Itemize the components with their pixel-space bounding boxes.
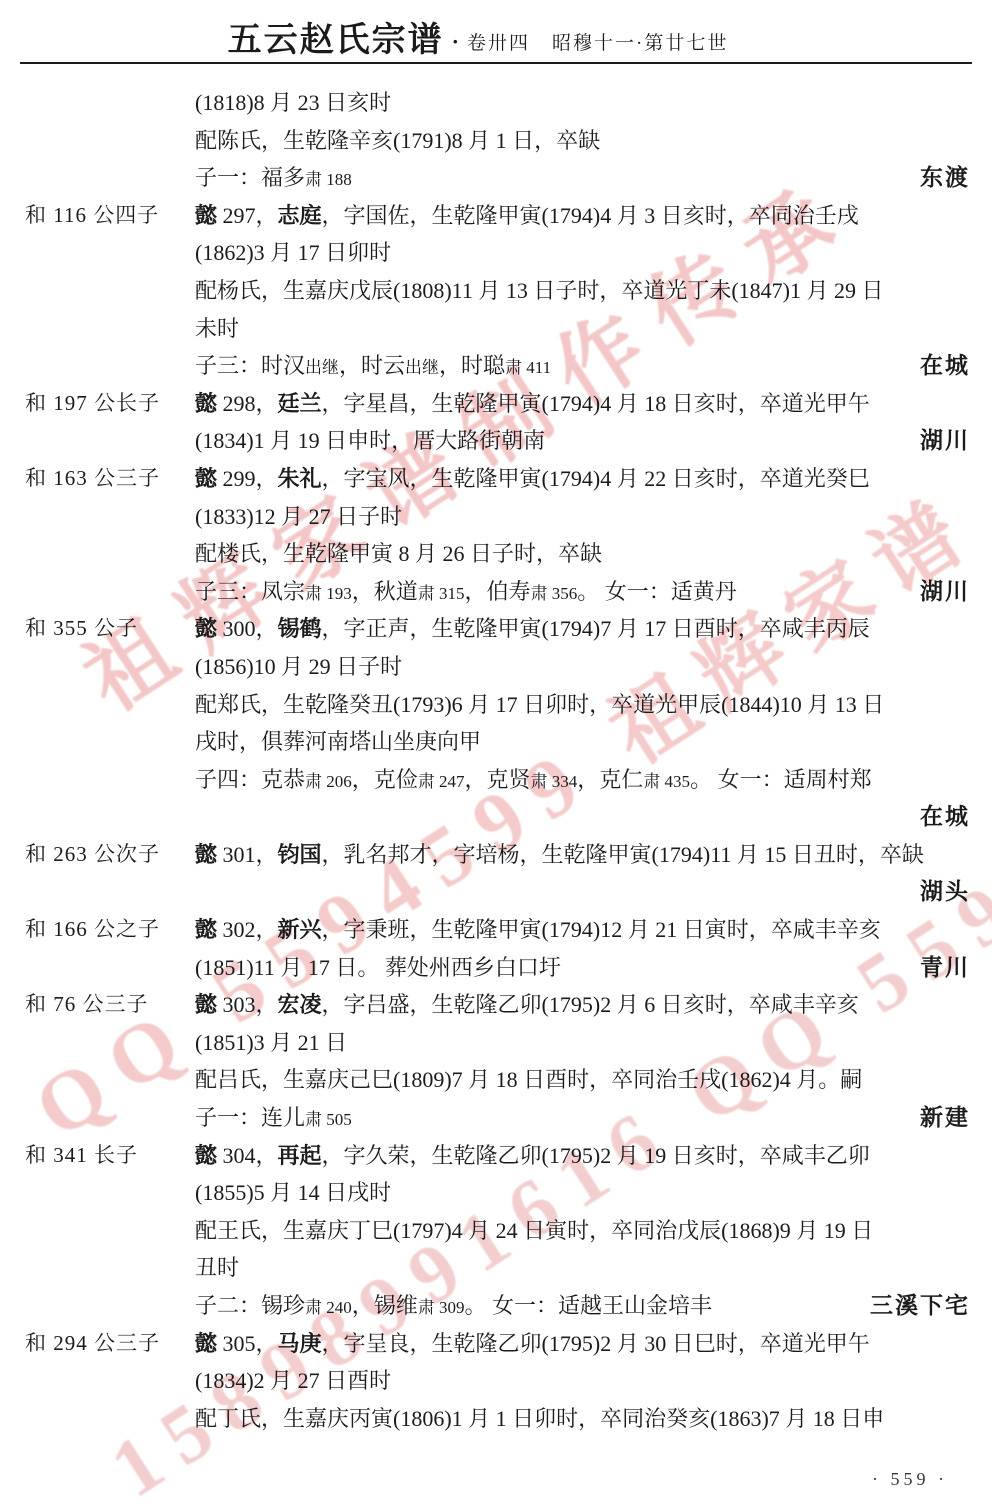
text-segment: 子四：克恭	[195, 767, 305, 792]
text-segment: 304，	[217, 1143, 278, 1168]
entry-text: 配陈氏，生乾隆辛亥(1791)8 月 1 日，卒缺	[195, 122, 600, 160]
entry-text: 懿 299，朱礼，字宝风，生乾隆甲寅(1794)4 月 22 日亥时，卒道光癸巳	[195, 460, 870, 498]
entry-row: 子四：克恭肃 206，克俭肃 247，克贤肃 334，克仁肃 435。 女一：适…	[0, 761, 992, 799]
text-segment: ，字国佐，生乾隆甲寅(1794)4 月 3 日亥时，卒同治壬戌	[322, 203, 859, 228]
text-segment: 出继	[305, 358, 339, 377]
entry-text: (1851)11 月 17 日。 葬处州西乡白口圩	[195, 949, 561, 987]
entry-text: 配丁氏，生嘉庆丙寅(1806)1 月 1 日卯时，卒同治癸亥(1863)7 月 …	[195, 1400, 884, 1438]
text-segment: ，时云	[339, 353, 405, 378]
entry-text: (1834)1 月 19 日申时，厝大路街朝南	[195, 422, 545, 460]
header-rule	[20, 62, 972, 64]
text-segment: 肃 188	[305, 170, 352, 189]
residence-label: 湖头	[920, 873, 970, 911]
entry-row: 在城	[0, 798, 992, 836]
text-segment: ，时聪	[439, 353, 505, 378]
entry-row: (1862)3 月 17 日卯时	[0, 234, 992, 272]
entry-text: 配楼氏，生乾隆甲寅 8 月 26 日子时，卒缺	[195, 535, 602, 573]
text-segment: 懿	[195, 1143, 217, 1168]
generation-label: 和 163 公三子	[25, 460, 160, 498]
text-segment: 懿	[195, 842, 217, 867]
text-segment: 子二：锡珍	[195, 1293, 305, 1318]
residence-label: 三溪下宅	[870, 1287, 970, 1325]
text-segment: (1851)11 月 17 日。 葬处州西乡白口圩	[195, 955, 561, 980]
text-segment: 298，	[217, 391, 278, 416]
entry-row: 子三：时汉出继，时云出继，时聪肃 411在城	[0, 347, 992, 385]
residence-label: 青川	[920, 949, 970, 987]
text-segment: ，锡维	[352, 1293, 418, 1318]
entry-row: (1855)5 月 14 日戌时	[0, 1174, 992, 1212]
entry-text: (1818)8 月 23 日亥时	[195, 84, 391, 122]
entry-text: 未时	[195, 310, 239, 348]
text-segment: ，字久荣，生乾隆乙卯(1795)2 月 19 日亥时，卒咸丰乙卯	[322, 1143, 870, 1168]
text-segment: (1855)5 月 14 日戌时	[195, 1180, 391, 1205]
entry-row: 子三：凤宗肃 193，秋道肃 315，伯寿肃 356。 女一：适黄丹湖川	[0, 573, 992, 611]
entry-row: (1851)3 月 21 日	[0, 1024, 992, 1062]
entry-row: 和 263 公次子懿 301，钧国，乳名邦才，字培杨，生乾隆甲寅(1794)11…	[0, 836, 992, 874]
text-segment: ，秋道	[352, 579, 418, 604]
text-segment: 宏凌	[278, 992, 322, 1017]
residence-label: 在城	[920, 798, 970, 836]
entry-row: (1818)8 月 23 日亥时	[0, 84, 992, 122]
entry-row: 丑时	[0, 1249, 992, 1287]
text-segment: ，字星昌，生乾隆甲寅(1794)4 月 18 日亥时，卒道光甲午	[322, 391, 870, 416]
genealogy-body: (1818)8 月 23 日亥时配陈氏，生乾隆辛亥(1791)8 月 1 日，卒…	[0, 84, 992, 1437]
text-segment: 肃 247	[418, 772, 465, 791]
text-segment: 。 女一：适越王山金培丰	[465, 1293, 713, 1318]
text-segment: 肃 309	[418, 1298, 465, 1317]
generation-label: 和 355 公子	[25, 610, 138, 648]
residence-label: 湖川	[920, 573, 970, 611]
text-segment: 懿	[195, 992, 217, 1017]
entry-row: 和 76 公三子懿 303，宏凌，字吕盛，生乾隆乙卯(1795)2 月 6 日亥…	[0, 986, 992, 1024]
text-segment: 肃 193	[305, 584, 352, 603]
text-segment: 肃 505	[305, 1110, 352, 1129]
text-segment: (1833)12 月 27 日子时	[195, 504, 402, 529]
text-segment: 懿	[195, 917, 217, 942]
entry-row: (1833)12 月 27 日子时	[0, 498, 992, 536]
entry-text: (1856)10 月 29 日子时	[195, 648, 402, 686]
entry-text: 懿 297，志庭，字国佐，生乾隆甲寅(1794)4 月 3 日亥时，卒同治壬戌	[195, 197, 859, 235]
entry-row: (1834)2 月 27 日酉时	[0, 1362, 992, 1400]
entry-row: 和 294 公三子懿 305，马庚，字呈良，生乾隆乙卯(1795)2 月 30 …	[0, 1325, 992, 1363]
page-header: 五云赵氏宗谱·卷卅四昭穆十一·第廿七世	[0, 12, 974, 61]
text-segment: 新兴	[278, 917, 322, 942]
residence-label: 湖川	[920, 422, 970, 460]
text-segment: 丑时	[195, 1255, 239, 1280]
page-title: 五云赵氏宗谱	[228, 22, 444, 59]
text-segment: 。 女一：适周村郑	[690, 767, 872, 792]
text-segment: (1834)1 月 19 日申时，厝大路街朝南	[195, 428, 545, 453]
text-segment: 肃 334	[531, 772, 578, 791]
text-segment: ，字秉班，生乾隆甲寅(1794)12 月 21 日寅时，卒咸丰辛亥	[322, 917, 881, 942]
text-segment: 钧国	[278, 842, 322, 867]
entry-text: 戌时，俱葬河南塔山坐庚向甲	[195, 723, 481, 761]
text-segment: ，克仁	[577, 767, 643, 792]
entry-row: 未时	[0, 310, 992, 348]
generation-label: 和 341 长子	[25, 1137, 138, 1175]
text-segment: ，字呈良，生乾隆乙卯(1795)2 月 30 日巳时，卒道光甲午	[322, 1331, 870, 1356]
text-segment: 子一：福多	[195, 165, 305, 190]
entry-text: 配杨氏，生嘉庆戊辰(1808)11 月 13 日子时，卒道光丁未(1847)1 …	[195, 272, 884, 310]
text-segment: ，字吕盛，生乾隆乙卯(1795)2 月 6 日亥时，卒咸丰辛亥	[322, 992, 859, 1017]
text-segment: 锡鹤	[278, 616, 322, 641]
entry-row: 和 341 长子懿 304，再起，字久荣，生乾隆乙卯(1795)2 月 19 日…	[0, 1137, 992, 1175]
text-segment: 297，	[217, 203, 278, 228]
text-segment: 配吕氏，生嘉庆己巳(1809)7 月 18 日酉时，卒同治壬戌(1862)4 月…	[195, 1067, 862, 1092]
entry-text: 子一：福多肃 188	[195, 159, 352, 199]
residence-label: 东渡	[920, 159, 970, 197]
title-separator-dot: ·	[444, 29, 467, 54]
entry-text: 子一：连儿肃 505	[195, 1099, 352, 1139]
text-segment: (1818)8 月 23 日亥时	[195, 90, 391, 115]
entry-row: 配郑氏，生乾隆癸丑(1793)6 月 17 日卯时，卒道光甲辰(1844)10 …	[0, 686, 992, 724]
entry-text: 子三：凤宗肃 193，秋道肃 315，伯寿肃 356。 女一：适黄丹	[195, 573, 737, 613]
text-segment: 戌时，俱葬河南塔山坐庚向甲	[195, 729, 481, 754]
generation-label: 和 294 公三子	[25, 1325, 160, 1363]
text-segment: 子一：连儿	[195, 1105, 305, 1130]
text-segment: 志庭	[278, 203, 322, 228]
entry-row: 和 163 公三子懿 299，朱礼，字宝风，生乾隆甲寅(1794)4 月 22 …	[0, 460, 992, 498]
entry-row: 和 116 公四子懿 297，志庭，字国佐，生乾隆甲寅(1794)4 月 3 日…	[0, 197, 992, 235]
text-segment: (1862)3 月 17 日卯时	[195, 240, 391, 265]
text-segment: ，字宝风，生乾隆甲寅(1794)4 月 22 日亥时，卒道光癸巳	[322, 466, 870, 491]
entry-row: (1834)1 月 19 日申时，厝大路街朝南湖川	[0, 422, 992, 460]
page-number: · 559 ·	[872, 1469, 948, 1490]
text-segment: 302，	[217, 917, 278, 942]
entry-row: 配吕氏，生嘉庆己巳(1809)7 月 18 日酉时，卒同治壬戌(1862)4 月…	[0, 1061, 992, 1099]
text-segment: 肃 411	[505, 358, 551, 377]
text-segment: ，伯寿	[465, 579, 531, 604]
entry-text: 懿 302，新兴，字秉班，生乾隆甲寅(1794)12 月 21 日寅时，卒咸丰辛…	[195, 911, 881, 949]
text-segment: 配王氏，生嘉庆丁巳(1797)4 月 24 日寅时，卒同治戊辰(1868)9 月…	[195, 1218, 873, 1243]
entry-text: 丑时	[195, 1249, 239, 1287]
generation-label: 和 76 公三子	[25, 986, 149, 1024]
text-segment: 朱礼	[278, 466, 322, 491]
text-segment: 配杨氏，生嘉庆戊辰(1808)11 月 13 日子时，卒道光丁未(1847)1 …	[195, 278, 884, 303]
text-segment: (1856)10 月 29 日子时	[195, 654, 402, 679]
entry-text: (1862)3 月 17 日卯时	[195, 234, 391, 272]
text-segment: 肃 435	[643, 772, 690, 791]
text-segment: 配丁氏，生嘉庆丙寅(1806)1 月 1 日卯时，卒同治癸亥(1863)7 月 …	[195, 1406, 884, 1431]
entry-row: 配陈氏，生乾隆辛亥(1791)8 月 1 日，卒缺	[0, 122, 992, 160]
residence-label: 新建	[920, 1099, 970, 1137]
entry-text: 懿 305，马庚，字呈良，生乾隆乙卯(1795)2 月 30 日巳时，卒道光甲午	[195, 1325, 870, 1363]
text-segment: 305，	[217, 1331, 278, 1356]
text-segment: ，克贤	[465, 767, 531, 792]
entry-row: (1856)10 月 29 日子时	[0, 648, 992, 686]
generation-label: 和 166 公之子	[25, 911, 160, 949]
volume-label: 卷卅四	[467, 33, 530, 54]
entry-row: 和 166 公之子懿 302，新兴，字秉班，生乾隆甲寅(1794)12 月 21…	[0, 911, 992, 949]
text-segment: 配郑氏，生乾隆癸丑(1793)6 月 17 日卯时，卒道光甲辰(1844)10 …	[195, 692, 884, 717]
entry-text: 子三：时汉出继，时云出继，时聪肃 411	[195, 347, 551, 387]
entry-row: 子一：连儿肃 505新建	[0, 1099, 992, 1137]
entry-text: (1833)12 月 27 日子时	[195, 498, 402, 536]
text-segment: 303，	[217, 992, 278, 1017]
text-segment: ，克俭	[352, 767, 418, 792]
entry-row: 配杨氏，生嘉庆戊辰(1808)11 月 13 日子时，卒道光丁未(1847)1 …	[0, 272, 992, 310]
text-segment: 300，	[217, 616, 278, 641]
entry-text: 配吕氏，生嘉庆己巳(1809)7 月 18 日酉时，卒同治壬戌(1862)4 月…	[195, 1061, 862, 1099]
text-segment: 懿	[195, 391, 217, 416]
section-label: 昭穆十一·第廿七世	[552, 33, 728, 54]
entry-row: 子二：锡珍肃 240，锡维肃 309。 女一：适越王山金培丰三溪下宅	[0, 1287, 992, 1325]
text-segment: 肃 240	[305, 1298, 352, 1317]
entry-row: 湖头	[0, 873, 992, 911]
text-segment: 懿	[195, 466, 217, 491]
entry-text: 懿 300，锡鹤，字正声，生乾隆甲寅(1794)7 月 17 日酉时，卒咸丰丙辰	[195, 610, 870, 648]
text-segment: 懿	[195, 203, 217, 228]
entry-row: 配楼氏，生乾隆甲寅 8 月 26 日子时，卒缺	[0, 535, 992, 573]
entry-row: 子一：福多肃 188东渡	[0, 159, 992, 197]
entry-text: 配郑氏，生乾隆癸丑(1793)6 月 17 日卯时，卒道光甲辰(1844)10 …	[195, 686, 884, 724]
generation-label: 和 197 公长子	[25, 385, 160, 423]
text-segment: ，字正声，生乾隆甲寅(1794)7 月 17 日酉时，卒咸丰丙辰	[322, 616, 870, 641]
text-segment: 肃 315	[418, 584, 465, 603]
text-segment: 299，	[217, 466, 278, 491]
entry-text: 配王氏，生嘉庆丁巳(1797)4 月 24 日寅时，卒同治戊辰(1868)9 月…	[195, 1212, 873, 1250]
text-segment: 。 女一：适黄丹	[577, 579, 737, 604]
entry-text: 懿 303，宏凌，字吕盛，生乾隆乙卯(1795)2 月 6 日亥时，卒咸丰辛亥	[195, 986, 859, 1024]
text-segment: 配陈氏，生乾隆辛亥(1791)8 月 1 日，卒缺	[195, 128, 600, 153]
text-segment: 子三：时汉	[195, 353, 305, 378]
generation-label: 和 263 公次子	[25, 836, 160, 874]
text-segment: 301，	[217, 842, 278, 867]
text-segment: 肃 206	[305, 772, 352, 791]
entry-text: 懿 301，钧国，乳名邦才，字培杨，生乾隆甲寅(1794)11 月 15 日丑时…	[195, 836, 924, 874]
entry-row: 和 197 公长子懿 298，廷兰，字星昌，生乾隆甲寅(1794)4 月 18 …	[0, 385, 992, 423]
entry-text: 懿 298，廷兰，字星昌，生乾隆甲寅(1794)4 月 18 日亥时，卒道光甲午	[195, 385, 870, 423]
text-segment: 懿	[195, 1331, 217, 1356]
text-segment: (1851)3 月 21 日	[195, 1030, 347, 1055]
text-segment: 再起	[278, 1143, 322, 1168]
text-segment: 肃 356	[531, 584, 578, 603]
entry-row: (1851)11 月 17 日。 葬处州西乡白口圩青川	[0, 949, 992, 987]
text-segment: ，乳名邦才，字培杨，生乾隆甲寅(1794)11 月 15 日丑时，卒缺	[322, 842, 924, 867]
text-segment: 配楼氏，生乾隆甲寅 8 月 26 日子时，卒缺	[195, 541, 602, 566]
generation-label: 和 116 公四子	[25, 197, 159, 235]
entry-row: 和 355 公子懿 300，锡鹤，字正声，生乾隆甲寅(1794)7 月 17 日…	[0, 610, 992, 648]
entry-text: 子四：克恭肃 206，克俭肃 247，克贤肃 334，克仁肃 435。 女一：适…	[195, 761, 872, 801]
entry-text: (1855)5 月 14 日戌时	[195, 1174, 391, 1212]
entry-row: 配丁氏，生嘉庆丙寅(1806)1 月 1 日卯时，卒同治癸亥(1863)7 月 …	[0, 1400, 992, 1438]
text-segment: 子三：凤宗	[195, 579, 305, 604]
entry-text: (1834)2 月 27 日酉时	[195, 1362, 391, 1400]
text-segment: 马庚	[278, 1331, 322, 1356]
text-segment: (1834)2 月 27 日酉时	[195, 1368, 391, 1393]
entry-row: 戌时，俱葬河南塔山坐庚向甲	[0, 723, 992, 761]
entry-text: 懿 304，再起，字久荣，生乾隆乙卯(1795)2 月 19 日亥时，卒咸丰乙卯	[195, 1137, 870, 1175]
text-segment: 出继	[405, 358, 439, 377]
residence-label: 在城	[920, 347, 970, 385]
text-segment: 廷兰	[278, 391, 322, 416]
text-segment: 未时	[195, 316, 239, 341]
text-segment: 懿	[195, 616, 217, 641]
entry-row: 配王氏，生嘉庆丁巳(1797)4 月 24 日寅时，卒同治戊辰(1868)9 月…	[0, 1212, 992, 1250]
entry-text: (1851)3 月 21 日	[195, 1024, 347, 1062]
entry-text: 子二：锡珍肃 240，锡维肃 309。 女一：适越王山金培丰	[195, 1287, 712, 1327]
